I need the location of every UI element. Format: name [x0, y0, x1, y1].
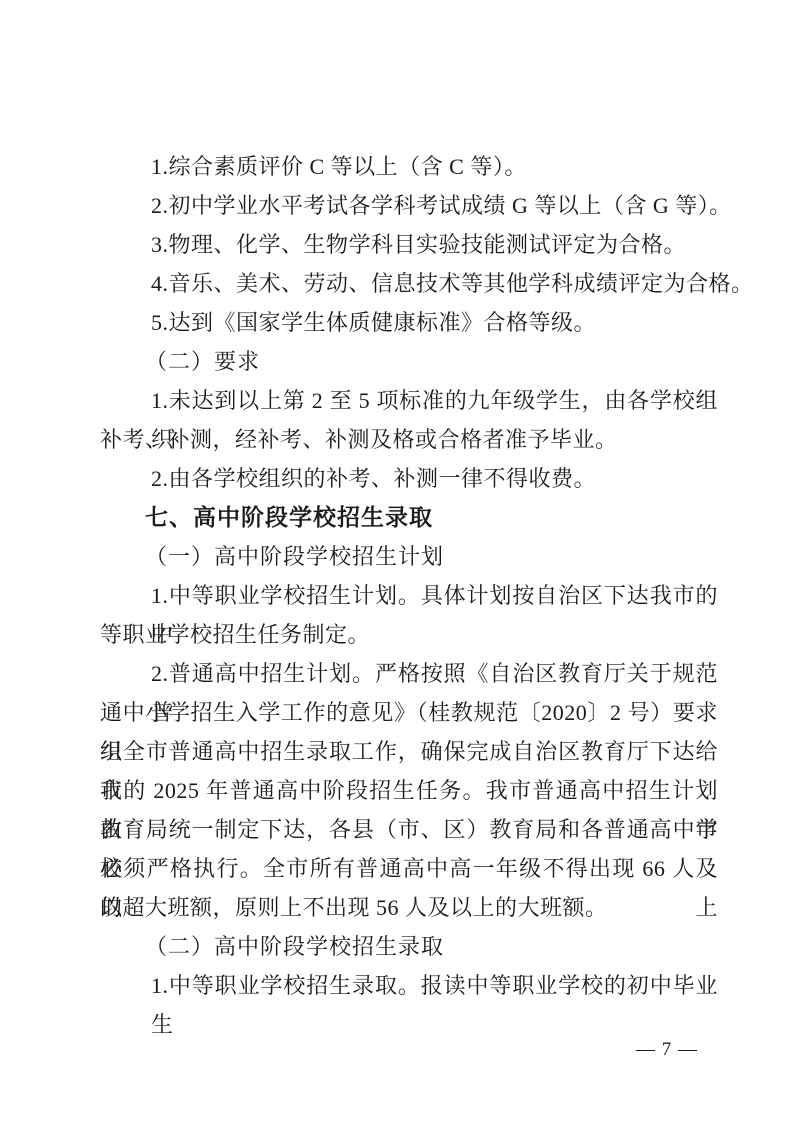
numbered-item-line: 2.初中学业水平考试各学科考试成绩 G 等以上（含 G 等）。 — [100, 186, 718, 225]
document-page: { "doc": { "lines": [ "1.综合素质评价 C 等以上（含 … — [0, 0, 800, 1131]
paragraph-line: 1.未达到以上第 2 至 5 项标准的九年级学生，由各学校组织 — [100, 381, 718, 420]
paragraph-line: 1.中等职业学校招生录取。报读中等职业学校的初中毕业生 — [100, 966, 718, 1005]
paragraph-line: 教育局统一制定下达，各县（市、区）教育局和各普通高中学校 — [100, 810, 718, 849]
numbered-item-line: 1.综合素质评价 C 等以上（含 C 等）。 — [100, 147, 718, 186]
paragraph-line: 必须严格执行。全市所有普通高中高一年级不得出现 66 人及以上 — [100, 849, 718, 888]
paragraph-line: 2.由各学校组织的补考、补测一律不得收费。 — [100, 459, 718, 498]
paragraph-line: 补考、补测，经补考、补测及格或合格者准予毕业。 — [100, 420, 718, 459]
subsection-heading-line: （二）要求 — [100, 342, 718, 381]
paragraph-line: 等职业学校招生任务制定。 — [100, 615, 718, 654]
numbered-item-line: 3.物理、化学、生物学科目实验技能测试评定为合格。 — [100, 225, 718, 264]
paragraph-line: 通中小学招生入学工作的意见》（桂教规范〔2020〕2 号）要求组 — [100, 693, 718, 732]
page-number: — 7 — — [100, 1038, 698, 1062]
paragraph-line: 1.中等职业学校招生计划。具体计划按自治区下达我市的中 — [100, 576, 718, 615]
subsection-heading-line: （一）高中阶段学校招生计划 — [100, 537, 718, 576]
numbered-item-line: 4.音乐、美术、劳动、信息技术等其他学科成绩评定为合格。 — [100, 264, 718, 303]
paragraph-line: 市的 2025 年普通高中阶段招生任务。我市普通高中招生计划由市 — [100, 771, 718, 810]
document-text-block: 1.综合素质评价 C 等以上（含 C 等）。 2.初中学业水平考试各学科考试成绩… — [100, 147, 718, 1005]
paragraph-line: 织全市普通高中招生录取工作，确保完成自治区教育厅下达给我 — [100, 732, 718, 771]
numbered-item-line: 5.达到《国家学生体质健康标准》合格等级。 — [100, 303, 718, 342]
section-heading-line: 七、高中阶段学校招生录取 — [100, 498, 718, 537]
subsection-heading-line: （二）高中阶段学校招生录取 — [100, 927, 718, 966]
paragraph-line: 2.普通高中招生计划。严格按照《自治区教育厅关于规范普 — [100, 654, 718, 693]
